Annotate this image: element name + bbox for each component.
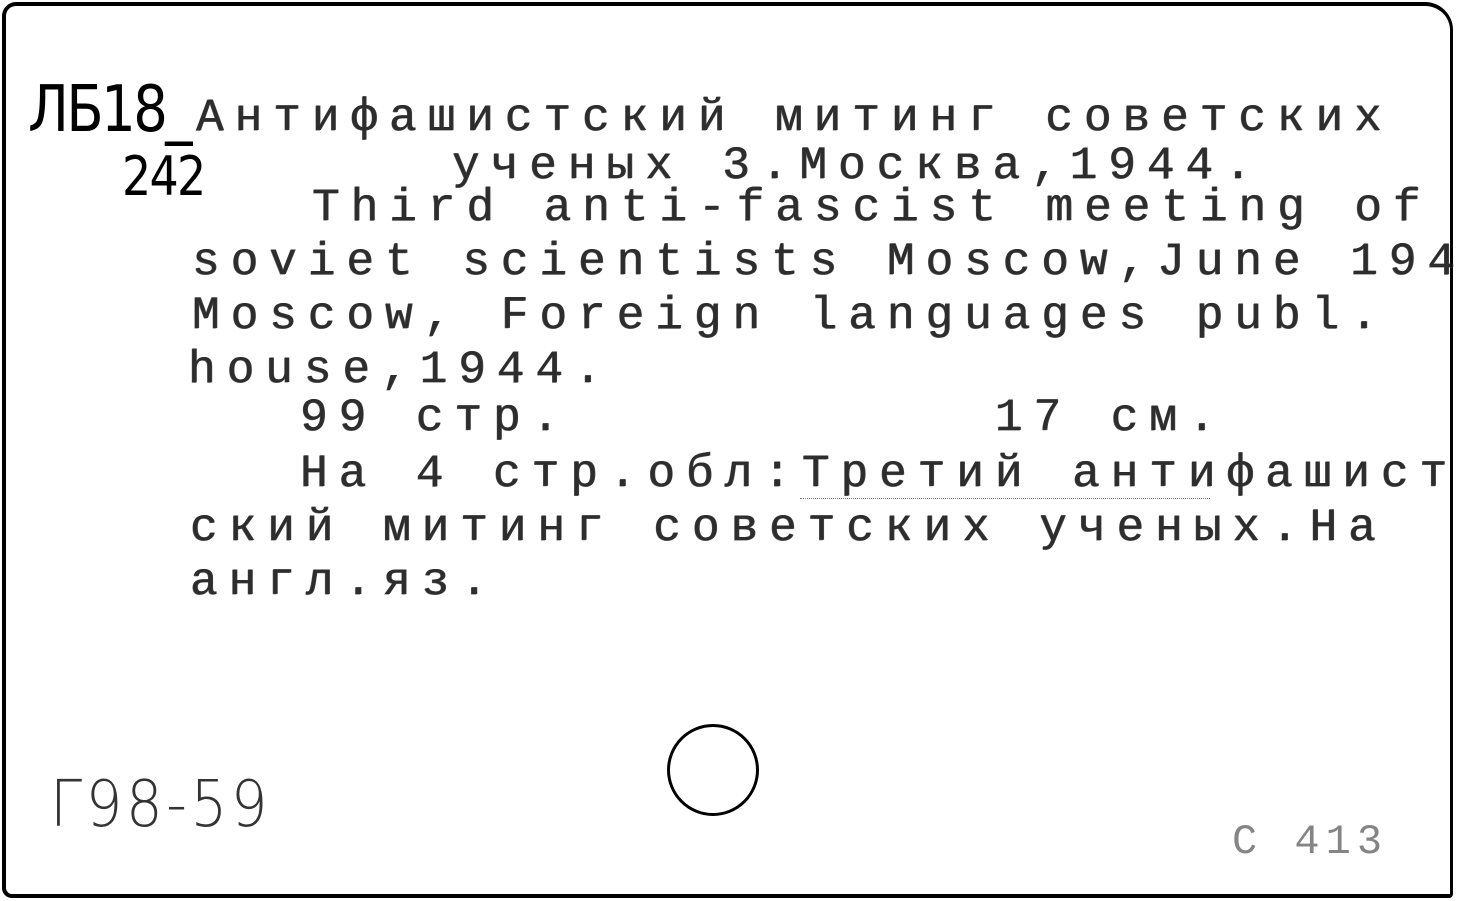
inventory-mark: Г98-59 [50, 770, 271, 840]
note-line-1: На 4 стр.обл:Третий антифашист- [300, 448, 1459, 500]
english-title-line-2: soviet scientists Moscow,June 1944 [192, 236, 1459, 288]
imprint-line-2: house,1944. [188, 344, 613, 396]
underline-mark [800, 498, 1210, 499]
call-number: ЛБ18_ [28, 80, 190, 140]
imprint-line-1: Moscow, Foreign languages publ. [192, 290, 1389, 342]
stamp-code: С 413 [1232, 818, 1388, 866]
call-number-sub: 242 [122, 150, 205, 204]
punch-hole-icon [667, 724, 759, 816]
note-line-3: англ.яз. [190, 556, 499, 608]
note-line-2: ский митинг советских ученых.На [190, 502, 1387, 554]
physical-description: 99 стр. 17 см. [300, 392, 1227, 444]
english-title-line-1: Third anti-fascist meeting of [312, 182, 1432, 234]
title-line-1: Антифашистский митинг советских [196, 92, 1393, 144]
